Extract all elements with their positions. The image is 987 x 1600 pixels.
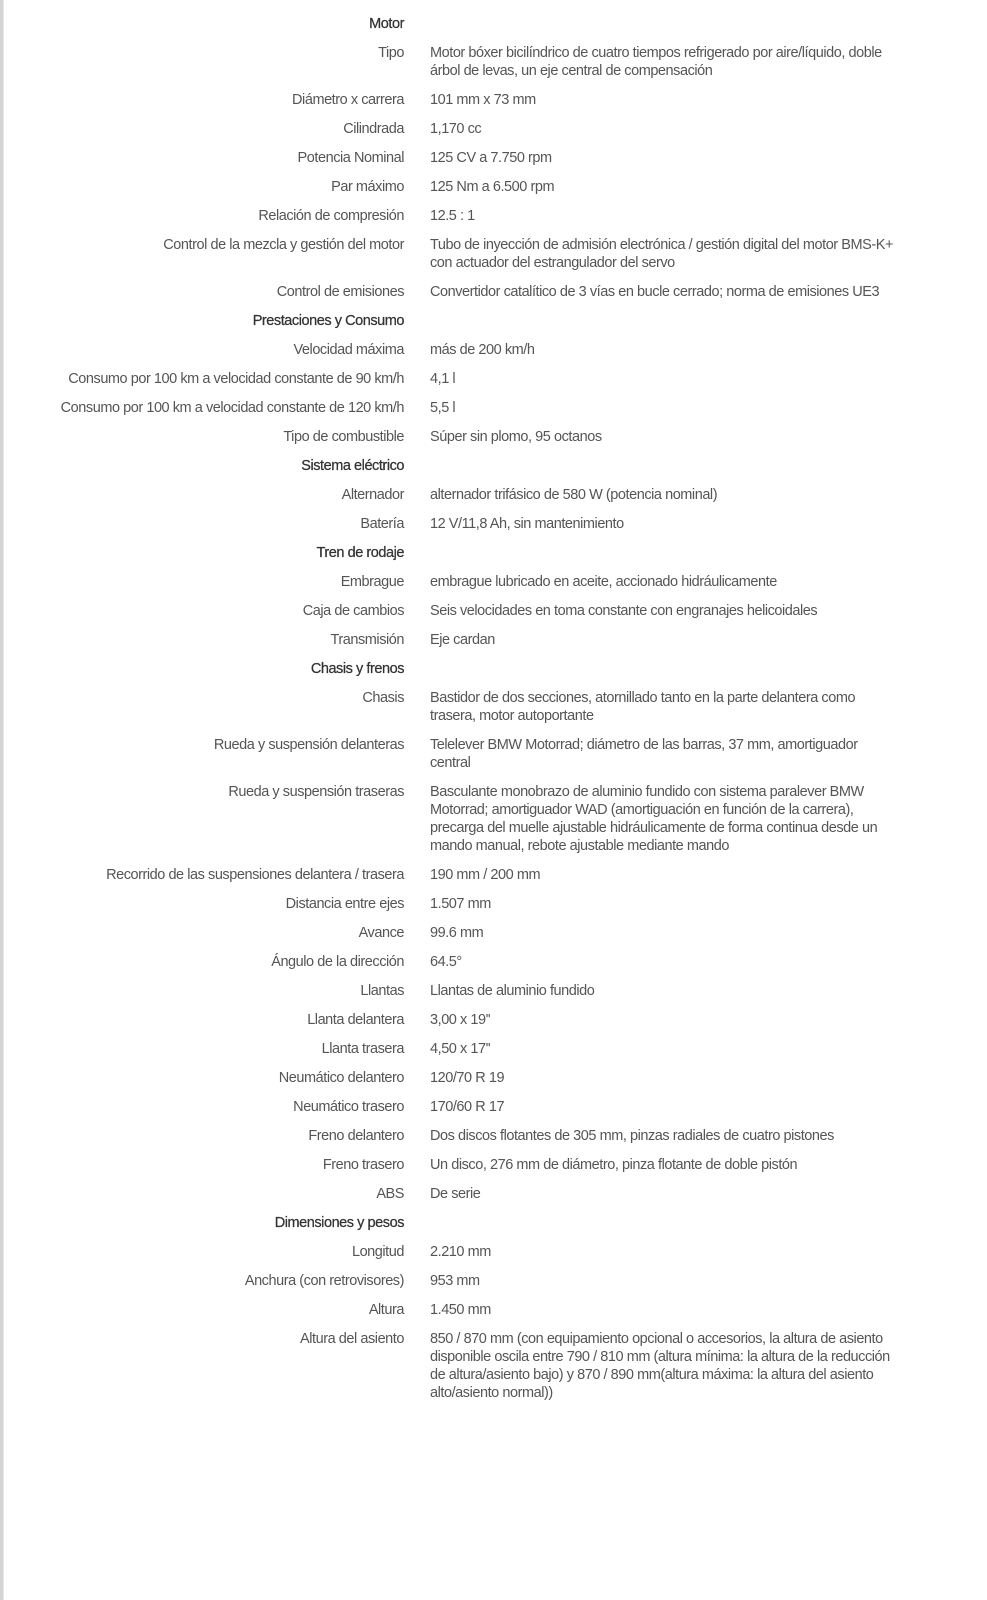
section-title: Sistema eléctrico <box>30 452 430 481</box>
spec-row: Velocidad máxima más de 200 km/h <box>30 336 930 365</box>
spec-row: Tipo Motor bóxer bicilíndrico de cuatro … <box>30 39 930 86</box>
spec-row: Par máximo 125 Nm a 6.500 rpm <box>30 173 930 202</box>
spec-value: 190 mm / 200 mm <box>430 861 930 890</box>
section-title: Prestaciones y Consumo <box>30 307 430 336</box>
spec-value: 101 mm x 73 mm <box>430 86 930 115</box>
spec-label: Velocidad máxima <box>30 336 430 365</box>
spec-value: 1,170 cc <box>430 115 930 144</box>
spec-label: Altura del asiento <box>30 1325 430 1408</box>
specifications-body: Motor Tipo Motor bóxer bicilíndrico de c… <box>30 10 930 1408</box>
spec-row: Transmisión Eje cardan <box>30 626 930 655</box>
section-heading-row: Tren de rodaje <box>30 539 930 568</box>
spec-label: Longitud <box>30 1238 430 1267</box>
spec-value: 12 V/11,8 Ah, sin mantenimiento <box>430 510 930 539</box>
spec-value: Dos discos flotantes de 305 mm, pinzas r… <box>430 1122 930 1151</box>
spec-label: Neumático delantero <box>30 1064 430 1093</box>
spec-value: alternador trifásico de 580 W (potencia … <box>430 481 930 510</box>
section-heading-row: Prestaciones y Consumo <box>30 307 930 336</box>
spec-row: Rueda y suspensión traseras Basculante m… <box>30 778 930 861</box>
spec-label: Distancia entre ejes <box>30 890 430 919</box>
spec-label: Relación de compresión <box>30 202 430 231</box>
spec-label: Altura <box>30 1296 430 1325</box>
section-title: Chasis y frenos <box>30 655 430 684</box>
spec-label: Llantas <box>30 977 430 1006</box>
spec-label: Ángulo de la dirección <box>30 948 430 977</box>
spec-label: Embrague <box>30 568 430 597</box>
spec-label: Alternador <box>30 481 430 510</box>
spec-value: De serie <box>430 1180 930 1209</box>
spec-value: 4,1 l <box>430 365 930 394</box>
spec-row: Chasis Bastidor de dos secciones, atorni… <box>30 684 930 731</box>
spec-value: 953 mm <box>430 1267 930 1296</box>
spec-label: ABS <box>30 1180 430 1209</box>
spec-label: Freno delantero <box>30 1122 430 1151</box>
spec-label: Freno trasero <box>30 1151 430 1180</box>
spec-row: Avance 99.6 mm <box>30 919 930 948</box>
section-heading-row: Dimensiones y pesos <box>30 1209 930 1238</box>
spec-value: 64.5° <box>430 948 930 977</box>
spec-row: Llanta delantera 3,00 x 19'' <box>30 1006 930 1035</box>
spec-label: Recorrido de las suspensiones delantera … <box>30 861 430 890</box>
section-title: Dimensiones y pesos <box>30 1209 430 1238</box>
spec-row: Tipo de combustible Súper sin plomo, 95 … <box>30 423 930 452</box>
spec-row: Control de la mezcla y gestión del motor… <box>30 231 930 278</box>
spec-label: Llanta trasera <box>30 1035 430 1064</box>
spec-row: Altura del asiento 850 / 870 mm (con equ… <box>30 1325 930 1408</box>
spec-row: Llanta trasera 4,50 x 17'' <box>30 1035 930 1064</box>
spec-row: Consumo por 100 km a velocidad constante… <box>30 365 930 394</box>
spec-row: Relación de compresión 12.5 : 1 <box>30 202 930 231</box>
spec-value: Basculante monobrazo de aluminio fundido… <box>430 778 930 861</box>
spec-label: Llanta delantera <box>30 1006 430 1035</box>
spec-row: Neumático trasero 170/60 R 17 <box>30 1093 930 1122</box>
spec-row: Recorrido de las suspensiones delantera … <box>30 861 930 890</box>
spec-row: Distancia entre ejes 1.507 mm <box>30 890 930 919</box>
spec-label: Consumo por 100 km a velocidad constante… <box>30 365 430 394</box>
spec-row: Ángulo de la dirección 64.5° <box>30 948 930 977</box>
page-left-border <box>0 0 4 1600</box>
spec-row: Consumo por 100 km a velocidad constante… <box>30 394 930 423</box>
spec-value: más de 200 km/h <box>430 336 930 365</box>
spec-row: Freno delantero Dos discos flotantes de … <box>30 1122 930 1151</box>
section-title: Tren de rodaje <box>30 539 430 568</box>
spec-label: Control de emisiones <box>30 278 430 307</box>
spec-row: Rueda y suspensión delanteras Telelever … <box>30 731 930 778</box>
spec-value: Súper sin plomo, 95 octanos <box>430 423 930 452</box>
spec-label: Rueda y suspensión traseras <box>30 778 430 861</box>
spec-row: Altura 1.450 mm <box>30 1296 930 1325</box>
spec-label: Caja de cambios <box>30 597 430 626</box>
section-heading-row: Chasis y frenos <box>30 655 930 684</box>
spec-value: Un disco, 276 mm de diámetro, pinza flot… <box>430 1151 930 1180</box>
spec-value: Convertidor catalítico de 3 vías en bucl… <box>430 278 930 307</box>
spec-label: Avance <box>30 919 430 948</box>
spec-value: 120/70 R 19 <box>430 1064 930 1093</box>
spec-row: Potencia Nominal 125 CV a 7.750 rpm <box>30 144 930 173</box>
spec-label: Potencia Nominal <box>30 144 430 173</box>
specifications-table: Motor Tipo Motor bóxer bicilíndrico de c… <box>30 10 930 1408</box>
spec-label: Tipo de combustible <box>30 423 430 452</box>
spec-value: 1.507 mm <box>430 890 930 919</box>
spec-row: Control de emisiones Convertidor catalít… <box>30 278 930 307</box>
spec-label: Batería <box>30 510 430 539</box>
spec-value: 125 Nm a 6.500 rpm <box>430 173 930 202</box>
spec-value: Telelever BMW Motorrad; diámetro de las … <box>430 731 930 778</box>
spec-row: Alternador alternador trifásico de 580 W… <box>30 481 930 510</box>
spec-row: Neumático delantero 120/70 R 19 <box>30 1064 930 1093</box>
spec-value: 1.450 mm <box>430 1296 930 1325</box>
spec-label: Anchura (con retrovisores) <box>30 1267 430 1296</box>
spec-row: Embrague embrague lubricado en aceite, a… <box>30 568 930 597</box>
spec-value: Tubo de inyección de admisión electrónic… <box>430 231 930 278</box>
spec-row: Diámetro x carrera 101 mm x 73 mm <box>30 86 930 115</box>
spec-row: Longitud 2.210 mm <box>30 1238 930 1267</box>
spec-value: Seis velocidades en toma constante con e… <box>430 597 930 626</box>
spec-row: Freno trasero Un disco, 276 mm de diámet… <box>30 1151 930 1180</box>
spec-value: Eje cardan <box>430 626 930 655</box>
spec-label: Transmisión <box>30 626 430 655</box>
spec-value: 2.210 mm <box>430 1238 930 1267</box>
spec-row: Llantas Llantas de aluminio fundido <box>30 977 930 1006</box>
spec-value: 99.6 mm <box>430 919 930 948</box>
spec-value: embrague lubricado en aceite, accionado … <box>430 568 930 597</box>
spec-value: Bastidor de dos secciones, atornillado t… <box>430 684 930 731</box>
spec-label: Diámetro x carrera <box>30 86 430 115</box>
section-heading-row: Sistema eléctrico <box>30 452 930 481</box>
spec-value: Motor bóxer bicilíndrico de cuatro tiemp… <box>430 39 930 86</box>
section-heading-row: Motor <box>30 10 930 39</box>
spec-row: Caja de cambios Seis velocidades en toma… <box>30 597 930 626</box>
spec-label: Cilindrada <box>30 115 430 144</box>
spec-value: 125 CV a 7.750 rpm <box>430 144 930 173</box>
spec-value: 4,50 x 17'' <box>430 1035 930 1064</box>
spec-label: Rueda y suspensión delanteras <box>30 731 430 778</box>
spec-value: 12.5 : 1 <box>430 202 930 231</box>
spec-label: Consumo por 100 km a velocidad constante… <box>30 394 430 423</box>
spec-value: 5,5 l <box>430 394 930 423</box>
spec-label: Tipo <box>30 39 430 86</box>
spec-row: Anchura (con retrovisores) 953 mm <box>30 1267 930 1296</box>
section-title: Motor <box>30 10 430 39</box>
spec-value: 850 / 870 mm (con equipamiento opcional … <box>430 1325 930 1408</box>
spec-label: Neumático trasero <box>30 1093 430 1122</box>
spec-value: 170/60 R 17 <box>430 1093 930 1122</box>
spec-label: Par máximo <box>30 173 430 202</box>
spec-row: ABS De serie <box>30 1180 930 1209</box>
spec-value: 3,00 x 19'' <box>430 1006 930 1035</box>
spec-label: Chasis <box>30 684 430 731</box>
spec-row: Batería 12 V/11,8 Ah, sin mantenimiento <box>30 510 930 539</box>
spec-label: Control de la mezcla y gestión del motor <box>30 231 430 278</box>
spec-value: Llantas de aluminio fundido <box>430 977 930 1006</box>
spec-row: Cilindrada 1,170 cc <box>30 115 930 144</box>
